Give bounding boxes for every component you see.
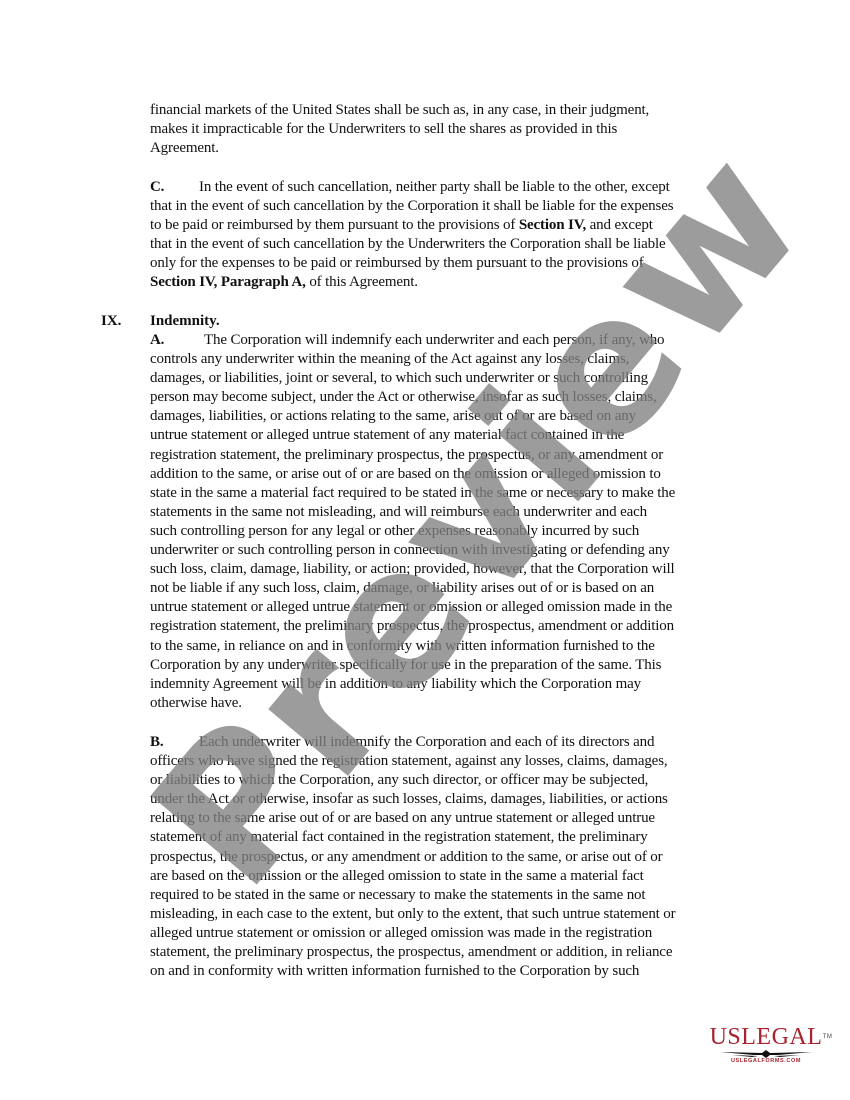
text-line: damages, or liabilities, joint or severa… [150, 369, 760, 388]
text-line: that in the event of such cancellation b… [150, 235, 760, 254]
text-line: only for the expenses to be paid or reim… [150, 254, 760, 273]
trademark-mark: TM [823, 1026, 833, 1048]
text-line: addition to the same, or arise out of or… [150, 465, 760, 484]
text-line: officers who have signed the registratio… [150, 752, 760, 771]
uslegal-logo[interactable]: USLEGAL TM USLEGALFORMS.COM [706, 1026, 826, 1070]
text-line: registration statement, the preliminary … [150, 617, 760, 636]
text-line: The Corporation will indemnify each unde… [204, 332, 664, 348]
text-line: financial markets of the United States s… [150, 101, 760, 120]
document-page: financial markets of the United States s… [0, 0, 850, 1100]
text-line: and except [586, 217, 653, 233]
text-line: untrue statement or alleged untrue state… [150, 598, 760, 617]
text-line: are based on the omission or the alleged… [150, 867, 760, 886]
continuation-paragraph: financial markets of the United States s… [150, 101, 760, 158]
text-line: to be paid or reimbursed by them pursuan… [150, 217, 519, 233]
text-line: indemnity Agreement will be in addition … [150, 675, 760, 694]
logo-wordmark: USLEGAL TM [710, 1026, 823, 1048]
text-line: statement, the preliminary prospectus, t… [150, 943, 760, 962]
text-line: statement of any material fact contained… [150, 828, 760, 847]
text-line: such controlling person for any legal or… [150, 522, 760, 541]
text-line: In the event of such cancellation, neith… [199, 179, 670, 195]
text-line: untrue statement or alleged untrue state… [150, 426, 760, 445]
text-line: controls any underwriter within the mean… [150, 350, 760, 369]
text-line: prospectus, the prospectus, or any amend… [150, 848, 760, 867]
text-line: relating to the same arise out of or are… [150, 809, 760, 828]
text-line: statements in the same not misleading, a… [150, 503, 760, 522]
paragraph-label: B. [150, 733, 199, 752]
paragraph-label: C. [150, 178, 199, 197]
text-line: that in the event of such cancellation b… [150, 197, 760, 216]
text-line: misleading, in each case to the extent, … [150, 905, 760, 924]
text-line: person may become subject, under the Act… [150, 388, 760, 407]
section-reference: Section IV, Paragraph A, [150, 274, 306, 290]
text-line: makes it impracticable for the Underwrit… [150, 120, 760, 139]
text-line: required to be stated in the same or nec… [150, 886, 760, 905]
text-line: to the same, in reliance on and in confo… [150, 637, 760, 656]
paragraph-a: A.The Corporation will indemnify each un… [150, 331, 760, 713]
section-reference: Section IV, [519, 217, 586, 233]
text-line: such loss, claim, damage, liability, or … [150, 560, 760, 579]
text-line: on and in conformity with written inform… [150, 962, 760, 981]
text-line: underwriter or such controlling person i… [150, 541, 760, 560]
text-line: registration statement, the preliminary … [150, 446, 760, 465]
text-line: under the Act or otherwise, insofar as s… [150, 790, 760, 809]
text-line: of this Agreement. [306, 274, 418, 290]
text-line: otherwise have. [150, 694, 760, 713]
text-line: alleged untrue statement or omission or … [150, 924, 760, 943]
paragraph-label: A. [150, 331, 204, 350]
logo-url: USLEGALFORMS.COM [706, 1058, 826, 1065]
paragraph-c: C.In the event of such cancellation, nei… [150, 178, 760, 293]
text-line: or liabilities to which the Corporation,… [150, 771, 760, 790]
text-line: state in the same a material fact requir… [150, 484, 760, 503]
text-line: damages, liabilities, or actions relatin… [150, 407, 760, 426]
text-line: not be liable if any such loss, claim, d… [150, 579, 760, 598]
section-title: Indemnity. [150, 312, 220, 331]
paragraph-b: B.Each underwriter will indemnify the Co… [150, 733, 760, 981]
eagle-wings-icon [718, 1050, 814, 1058]
text-line: Agreement. [150, 139, 760, 158]
text-line: Each underwriter will indemnify the Corp… [199, 734, 654, 750]
text-line: Corporation by any underwriter specifica… [150, 656, 760, 675]
section-number: IX. [101, 312, 121, 331]
